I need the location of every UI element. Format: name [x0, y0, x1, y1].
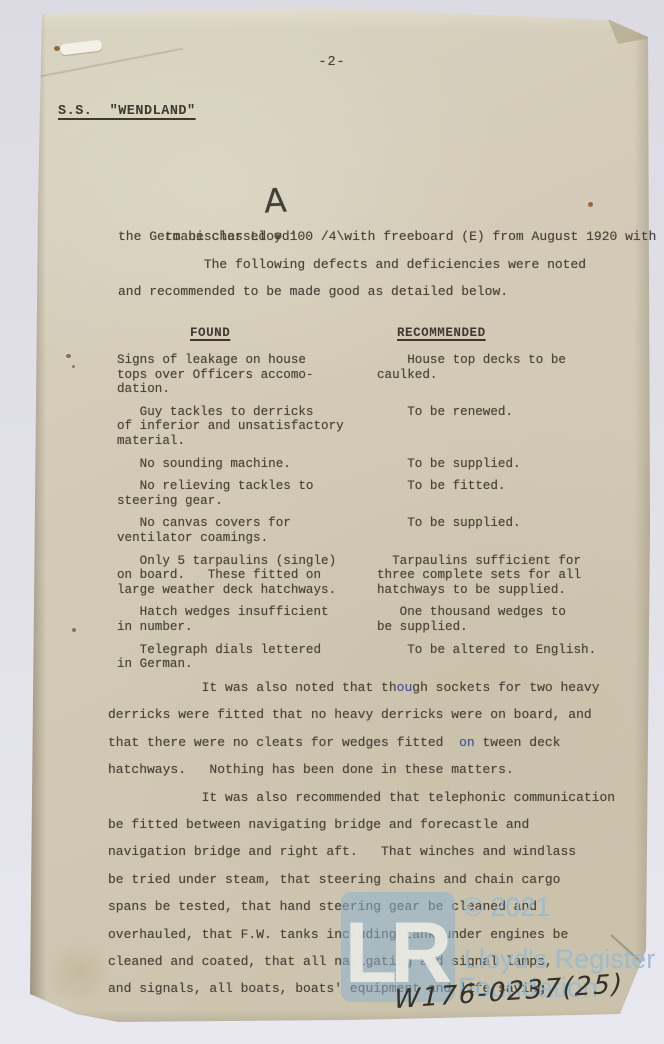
text-line: cleaned and coated, that all navigating … [108, 948, 615, 975]
typed-text: be fitted between navigating bridge and … [108, 817, 529, 832]
typed-text: tween deck [475, 735, 561, 750]
recommended-paragraph: It was also recommended that telephonic … [108, 784, 615, 1003]
table-row: Signs of leakage on house tops over Offi… [117, 353, 627, 397]
found-cell: Signs of leakage on house tops over Offi… [117, 353, 377, 397]
class-number: 100 [282, 229, 321, 244]
table-row: Guy tackles to derricks of inferior and … [117, 405, 627, 449]
paper-corner-fold [596, 16, 656, 48]
typed-text: be tried under steam, that steering chai… [108, 872, 560, 887]
found-cell: Telegraph dials lettered in German. [117, 643, 377, 672]
class-society-symbol: ⊕ [274, 229, 282, 244]
table-row: Only 5 tarpaulins (single) on board. The… [117, 554, 627, 598]
found-cell: No relieving tackles to steering gear. [117, 479, 377, 508]
typed-text: gh sockets for two heavy [412, 680, 599, 695]
paper-nick [59, 39, 102, 55]
text-line: that there were no cleats for wedges fit… [108, 729, 615, 756]
blue-ink-correction: on [459, 735, 475, 750]
found-column-header: FOUND [190, 326, 230, 340]
typed-text: that there were no cleats for wedges fit… [108, 735, 459, 750]
foxing-stain [44, 942, 114, 1002]
caret-marks: /4\ [321, 229, 344, 244]
table-row: No relieving tackles to steering gear. T… [117, 479, 627, 508]
class-notation-line: to be classed ⊕ 100 /4\with freeboard (E… [118, 196, 656, 223]
class-line-before: to be classed [165, 229, 274, 244]
typed-text: derricks were fitted that no heavy derri… [108, 707, 592, 722]
text-line: It was also recommended that telephonic … [108, 784, 615, 811]
defects-table-rows: Signs of leakage on house tops over Offi… [117, 353, 627, 680]
text-line: It was also noted that though sockets fo… [108, 674, 615, 701]
vessel-heading: S.S. "WENDLAND" [58, 104, 196, 119]
recommended-cell: To be supplied. [377, 457, 627, 472]
intro-line: and recommended to be made good as detai… [118, 278, 656, 305]
paper-speck [72, 628, 76, 632]
noted-paragraph: It was also noted that though sockets fo… [108, 674, 615, 784]
recommended-cell: Tarpaulins sufficient for three complete… [377, 554, 627, 598]
recommended-column-header: RECOMMENDED [397, 326, 486, 340]
typed-text: spans be tested, that hand steering gear… [108, 899, 537, 914]
text-line: derricks were fitted that no heavy derri… [108, 701, 615, 728]
handwritten-letter-a: A [263, 183, 287, 217]
text-line: be tried under steam, that steering chai… [108, 866, 615, 893]
recommended-cell: To be supplied. [377, 516, 627, 545]
blue-ink-correction: ou [397, 680, 413, 695]
intro-line: The following defects and deficiencies w… [118, 251, 656, 278]
found-cell: Hatch wedges insufficient in number. [117, 605, 377, 634]
table-row: Telegraph dials lettered in German. To b… [117, 643, 627, 672]
recommended-cell: One thousand wedges to be supplied. [377, 605, 627, 634]
found-cell: No sounding machine. [117, 457, 377, 472]
typed-text: overhauled, that F.W. tanks including ta… [108, 927, 568, 942]
table-row: Hatch wedges insufficient in number. One… [117, 605, 627, 634]
recommended-cell: To be fitted. [377, 479, 627, 508]
table-row: No canvas covers for ventilator coamings… [117, 516, 627, 545]
typed-text: hatchways. Nothing has been done in thes… [108, 762, 514, 777]
paper-speck [66, 354, 71, 358]
paper-nick-spot [54, 46, 60, 51]
found-cell: No canvas covers for ventilator coamings… [117, 516, 377, 545]
table-row: No sounding machine. To be supplied. [117, 457, 627, 472]
typed-text: It was also noted that th [108, 680, 397, 695]
text-line: navigation bridge and right aft. That wi… [108, 838, 615, 865]
found-cell: Only 5 tarpaulins (single) on board. The… [117, 554, 377, 598]
scanned-document: -2- S.S. "WENDLAND" to be classed ⊕ 100 … [0, 0, 664, 1044]
text-line: be fitted between navigating bridge and … [108, 811, 615, 838]
text-line: hatchways. Nothing has been done in thes… [108, 756, 615, 783]
text-line: spans be tested, that hand steering gear… [108, 893, 615, 920]
paper-tear [22, 401, 35, 430]
typed-text: cleaned and coated, that all navigating … [108, 954, 553, 969]
class-line-after: with freeboard (E) from August 1920 with [344, 229, 656, 244]
recommended-cell: To be renewed. [377, 405, 627, 449]
found-cell: Guy tackles to derricks of inferior and … [117, 405, 377, 449]
recommended-cell: House top decks to be caulked. [377, 353, 627, 397]
recommended-cell: To be altered to English. [377, 643, 627, 672]
paper-speck [72, 365, 75, 368]
page-number: -2- [0, 55, 664, 70]
typed-text: It was also recommended that telephonic … [108, 790, 615, 805]
typed-text: navigation bridge and right aft. That wi… [108, 844, 576, 859]
text-line: overhauled, that F.W. tanks including ta… [108, 921, 615, 948]
intro-paragraph: to be classed ⊕ 100 /4\with freeboard (E… [118, 196, 656, 306]
body-paragraphs: It was also noted that though sockets fo… [108, 674, 615, 1003]
